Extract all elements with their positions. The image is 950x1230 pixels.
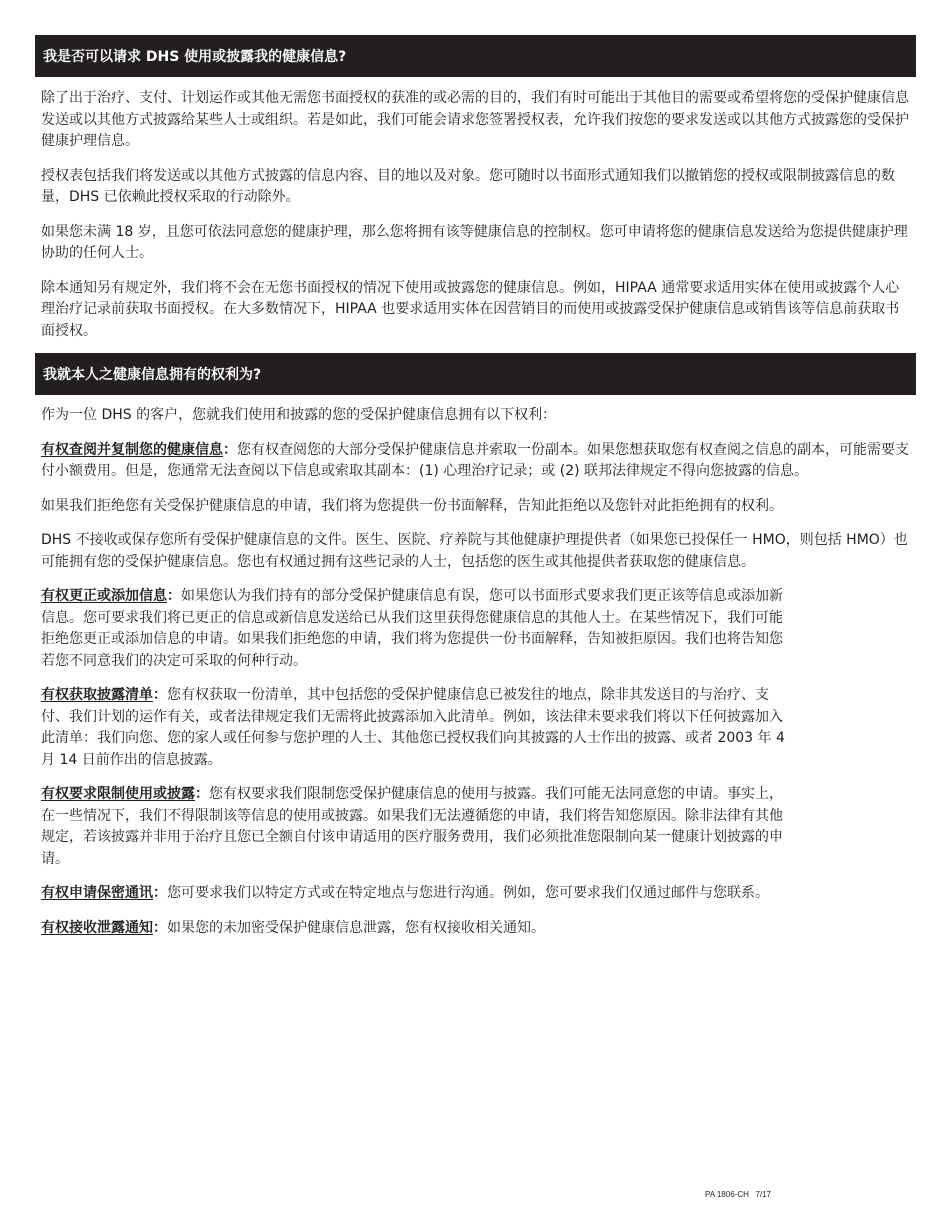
form-date: 7/17 xyxy=(756,1190,772,1199)
right-title: 有权接收泄露通知 xyxy=(41,920,153,936)
right-title: 有权更正或添加信息 xyxy=(41,588,167,604)
form-footer: PA 1806-CH 7/17 xyxy=(705,1190,771,1199)
right-accounting-of-disclosures: 有权获取披露清单：您有权获取一份清单，其中包括您的受保护健康信息已被发往的地点，… xyxy=(35,685,797,771)
paragraph: 授权表包括我们将发送或以其他方式披露的信息内容、目的地以及对象。您可随时以书面形… xyxy=(35,166,916,209)
right-breach-notification: 有权接收泄露通知：如果您的未加密受保护健康信息泄露，您有权接收相关通知。 xyxy=(35,918,797,940)
right-inspect-copy: 有权查阅并复制您的健康信息：您有权查阅您的大部分受保护健康信息并索取一份副本。如… xyxy=(35,440,916,483)
section-title: 我是否可以请求 DHS 使用或披露我的健康信息? xyxy=(43,46,346,66)
right-text: 您可要求我们以特定方式或在特定地点与您进行沟通。例如，您可要求我们仅通过邮件与您… xyxy=(167,885,769,901)
right-title: 有权要求限制使用或披露 xyxy=(41,786,195,802)
document-page: 我是否可以请求 DHS 使用或披露我的健康信息? 除了出于治疗、支付、计划运作或… xyxy=(35,35,916,939)
rights-intro: 作为一位 DHS 的客户，您就我们使用和披露的您的受保护健康信息拥有以下权利： xyxy=(35,405,916,427)
paragraph: 除本通知另有规定外，我们将不会在无您书面授权的情况下使用或披露您的健康信息。例如… xyxy=(35,278,916,343)
colon: ： xyxy=(153,687,167,703)
section-header-authorization: 我是否可以请求 DHS 使用或披露我的健康信息? xyxy=(35,35,916,77)
section-title: 我就本人之健康信息拥有的权利为? xyxy=(43,364,261,384)
colon: ： xyxy=(153,920,167,936)
colon: ： xyxy=(223,442,237,458)
form-id: PA 1806-CH xyxy=(705,1190,749,1199)
colon: ： xyxy=(153,885,167,901)
paragraph: 除了出于治疗、支付、计划运作或其他无需您书面授权的获准的或必需的目的，我们有时可… xyxy=(35,88,916,153)
right-title: 有权查阅并复制您的健康信息 xyxy=(41,442,223,458)
right-request-restrictions: 有权要求限制使用或披露：您有权要求我们限制您受保护健康信息的使用与披露。我们可能… xyxy=(35,784,797,870)
paragraph: 如果您未满 18 岁，且您可依法同意您的健康护理，那么您将拥有该等健康信息的控制… xyxy=(35,222,916,265)
paragraph: DHS 不接收或保存您所有受保护健康信息的文件。医生、医院、疗养院与其他健康护理… xyxy=(35,530,916,573)
right-confidential-communications: 有权申请保密通讯：您可要求我们以特定方式或在特定地点与您进行沟通。例如，您可要求… xyxy=(35,883,797,905)
paragraph: 如果我们拒绝您有关受保护健康信息的申请，我们将为您提供一份书面解释，告知此拒绝以… xyxy=(35,496,916,518)
right-amend: 有权更正或添加信息：如果您认为我们持有的部分受保护健康信息有误，您可以书面形式要… xyxy=(35,586,797,672)
colon: ： xyxy=(167,588,181,604)
right-title: 有权获取披露清单 xyxy=(41,687,153,703)
right-text: 如果您的未加密受保护健康信息泄露，您有权接收相关通知。 xyxy=(167,920,545,936)
right-title: 有权申请保密通讯 xyxy=(41,885,153,901)
colon: ： xyxy=(195,786,209,802)
section-header-rights: 我就本人之健康信息拥有的权利为? xyxy=(35,353,916,395)
